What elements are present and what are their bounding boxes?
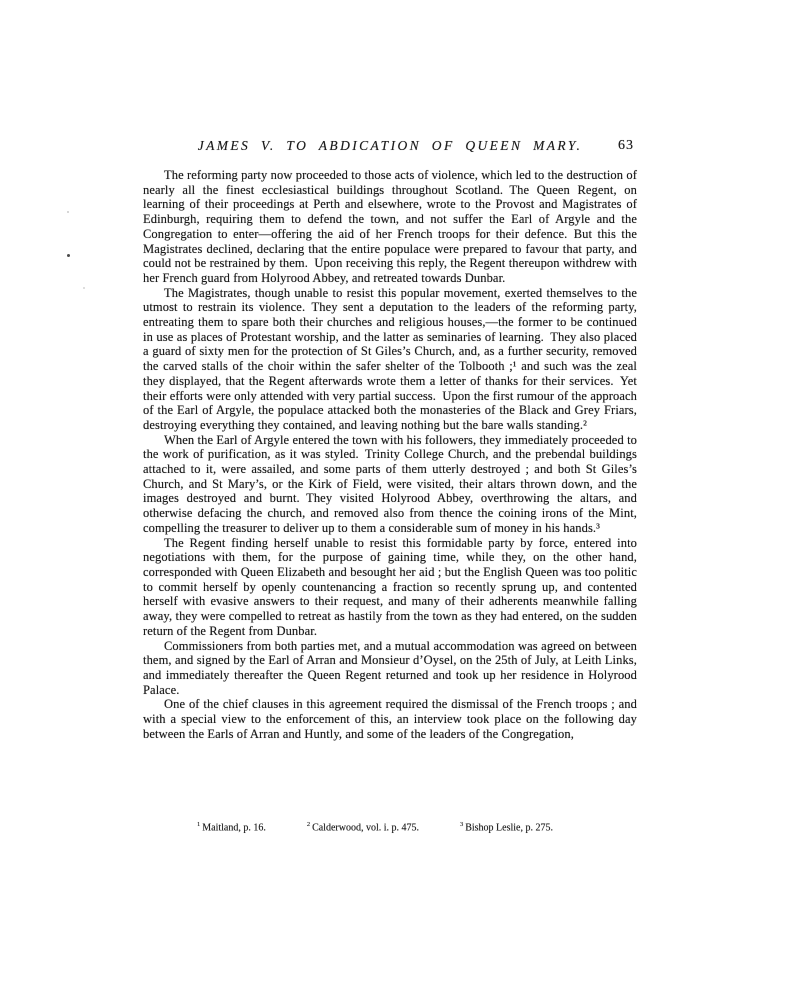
paragraph-6: One of the chief clauses in this agreeme… bbox=[143, 697, 637, 741]
footnote-marker: 2 bbox=[307, 821, 310, 828]
scan-speck bbox=[67, 211, 69, 213]
scan-speck bbox=[67, 254, 70, 257]
running-header: JAMES V. TO ABDICATION OF QUEEN MARY. 63 bbox=[143, 138, 637, 158]
paragraph-2: The Magistrates, though unable to resist… bbox=[143, 286, 637, 433]
footnote-text: Bishop Leslie, p. 275. bbox=[465, 822, 553, 833]
footnote-3: 3Bishop Leslie, p. 275. bbox=[460, 819, 553, 834]
footnotes: 1Maitland, p. 16. 2Calderwood, vol. i. p… bbox=[143, 819, 637, 834]
footnote-marker: 3 bbox=[460, 821, 463, 828]
paragraph-4: The Regent finding herself unable to res… bbox=[143, 536, 637, 639]
footnote-marker: 1 bbox=[197, 821, 200, 828]
footnote-text: Maitland, p. 16. bbox=[202, 822, 266, 833]
footnote-1: 1Maitland, p. 16. bbox=[197, 819, 266, 834]
footnote-text: Calderwood, vol. i. p. 475. bbox=[312, 822, 419, 833]
paragraph-5: Commissioners from both parties met, and… bbox=[143, 639, 637, 698]
scan-speck bbox=[83, 287, 85, 289]
page-number: 63 bbox=[618, 138, 634, 154]
paragraph-3: When the Earl of Argyle entered the town… bbox=[143, 433, 637, 536]
book-page: JAMES V. TO ABDICATION OF QUEEN MARY. 63… bbox=[0, 0, 790, 1000]
page-title: JAMES V. TO ABDICATION OF QUEEN MARY. bbox=[143, 138, 637, 154]
footnote-2: 2Calderwood, vol. i. p. 475. bbox=[307, 819, 419, 834]
paragraph-1: The reforming party now proceeded to tho… bbox=[143, 168, 637, 286]
body-text: The reforming party now proceeded to tho… bbox=[143, 168, 637, 741]
